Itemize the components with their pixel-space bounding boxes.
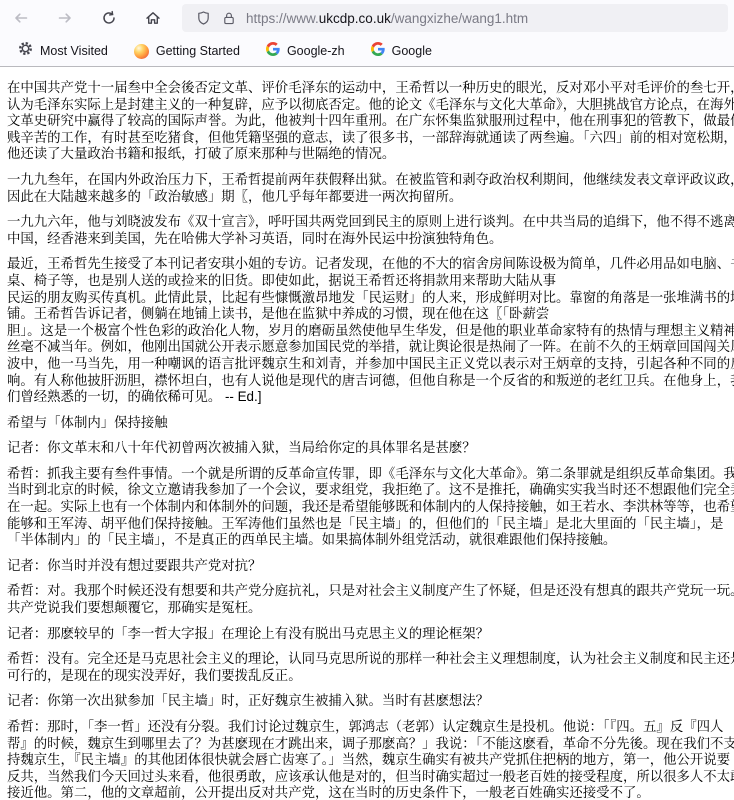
paragraph: 希哲：抓我主要有叁件事情。一个就是所谓的反革命宣传罪，即《毛泽东与文化大革命》。… <box>7 466 729 549</box>
paragraph: 希哲：对。我那个时候还没有想要和共产党分庭抗礼，只是对社会主义制度产生了怀疑，但… <box>7 583 729 616</box>
google-icon <box>266 42 280 61</box>
paragraph: 记者：你当时并没有想过要跟共产党对抗？ <box>7 558 729 575</box>
google-icon <box>371 42 385 61</box>
url-bar[interactable]: https://www.ukcdp.co.uk/wangxizhe/wang1.… <box>182 4 728 32</box>
home-button[interactable] <box>138 4 168 32</box>
bookmark-google-zh[interactable]: Google-zh <box>266 39 345 63</box>
paragraph: 在中国共产党十一届叁中全会後否定文革、评价毛泽东的运动中，王希哲以一种历史的眼光… <box>7 80 729 163</box>
gear-icon <box>18 41 33 61</box>
bookmark-label: Google <box>392 44 432 58</box>
article: 在中国共产党十一届叁中全会後否定文革、评价毛泽东的运动中，王希哲以一种历史的眼光… <box>0 67 734 800</box>
bookmark-most-visited[interactable]: Most Visited <box>18 39 108 63</box>
reload-icon <box>101 10 117 26</box>
bookmark-label: Google-zh <box>287 44 345 58</box>
url-scheme: https://www. <box>246 11 319 26</box>
navigation-toolbar: https://www.ukcdp.co.uk/wangxizhe/wang1.… <box>0 0 734 36</box>
paragraph: 记者：你文革末和八十年代初曾两次被捕入狱，当局给你定的具体罪名是甚麽？ <box>7 440 729 457</box>
paragraph: 记者：你第一次出狱参加「民主墙」时，正好魏京生被捕入狱。当时有甚麽想法？ <box>7 693 729 710</box>
paragraph: 记者：那麽较早的「李一哲大字报」在理论上有没有脱出马克思主义的理论框架？ <box>7 626 729 643</box>
paragraph: 最近，王希哲先生接受了本刊记者安琪小姐的专访。记者发现，在他的不大的宿舍房间陈设… <box>7 256 729 405</box>
paragraph: 希哲：没有。完全还是马克思社会主义的理论，认同马克思所说的那样一种社会主义理想制… <box>7 651 729 684</box>
bookmark-label: Most Visited <box>40 44 108 58</box>
bookmark-getting-started[interactable]: Getting Started <box>134 39 240 63</box>
firefox-sphere-icon <box>134 44 149 59</box>
lock-icon[interactable] <box>216 6 242 30</box>
forward-button[interactable] <box>50 4 80 32</box>
bookmarks-toolbar: Most Visited Getting Started Google-zh <box>0 36 734 66</box>
section-heading: 希望与「体制内」保持接触 <box>7 415 729 432</box>
browser-chrome: https://www.ukcdp.co.uk/wangxizhe/wang1.… <box>0 0 734 67</box>
paragraph: 希哲：那时，「李一哲」还没有分裂。我们讨论过魏京生，郭鸿志（老郭）认定魏京生是投… <box>7 719 729 800</box>
bookmark-google[interactable]: Google <box>371 39 432 63</box>
url-path: /wangxizhe/wang1.htm <box>391 11 528 26</box>
paragraph: 一九九六年，他与刘晓波发布《双十宣言》，呼吁国共两党回到民主的原则上进行谈判。在… <box>7 214 729 247</box>
back-icon <box>13 10 29 26</box>
home-icon <box>145 10 161 26</box>
shield-icon[interactable] <box>190 6 216 30</box>
paragraph: 一九九叁年，在国内外政治压力下，王希哲提前两年获假释出狱。在被监管和剥夺政治权利… <box>7 172 729 205</box>
back-button[interactable] <box>6 4 36 32</box>
url-text: https://www.ukcdp.co.uk/wangxizhe/wang1.… <box>246 11 528 26</box>
url-domain: ukcdp.co.uk <box>319 11 391 26</box>
forward-icon <box>57 10 73 26</box>
reload-button[interactable] <box>94 4 124 32</box>
bookmark-label: Getting Started <box>156 44 240 58</box>
